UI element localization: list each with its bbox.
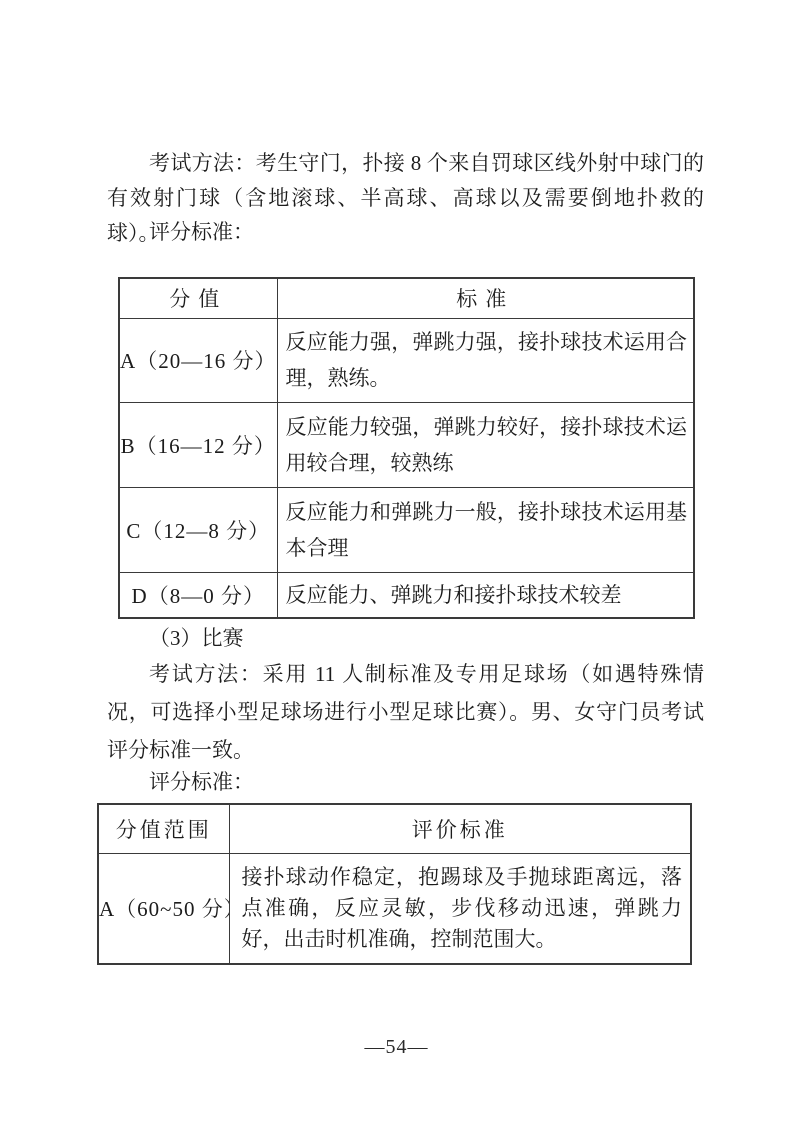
match-method-paragraph: 考试方法：采用 11 人制标准及专用足球场（如遇特殊情况，可选择小型足球场进行小…	[107, 655, 704, 769]
table-row-grade-c: C（12—8 分） 反应能力和弹跳力一般，接扑球技术运用基本合理	[119, 487, 694, 572]
grade-a-score: A（20—16 分）	[119, 318, 277, 402]
document-page: 考试方法：考生守门，扑接 8 个来自罚球区线外射中球门的有效射门球（含地滚球、半…	[0, 0, 793, 1122]
page-number: —54—	[0, 1036, 793, 1059]
evaluation-column-header: 评价标准	[229, 804, 691, 853]
grade-c-score: C（12—8 分）	[119, 487, 277, 572]
table-header-row: 分值 标准	[119, 278, 694, 318]
table-row-grade-b: B（16—12 分） 反应能力较强，弹跳力较好，接扑球技术运用较合理，较熟练	[119, 402, 694, 487]
grade-a-evaluation: 接扑球动作稳定，抱踢球及手抛球距离远，落点准确，反应灵敏，步伐移动迅速，弹跳力好…	[229, 853, 691, 964]
criteria-column-header: 标准	[277, 278, 694, 318]
table-header-row: 分值范围 评价标准	[98, 804, 691, 853]
grade-a-score-range: A（60~50 分）	[98, 853, 229, 964]
table-row-grade-d: D（8—0 分） 反应能力、弹跳力和接扑球技术较差	[119, 572, 694, 618]
goalkeeping-score-table: 分值 标准 A（20—16 分） 反应能力强，弹跳力强，接扑球技术运用合理，熟练…	[118, 277, 695, 619]
match-section-heading: （3）比赛	[107, 621, 704, 656]
table-row-grade-a: A（60~50 分） 接扑球动作稳定，抱踢球及手抛球距离远，落点准确，反应灵敏，…	[98, 853, 691, 964]
score-column-header: 分值	[119, 278, 277, 318]
grade-a-criteria: 反应能力强，弹跳力强，接扑球技术运用合理，熟练。	[277, 318, 694, 402]
grade-b-criteria: 反应能力较强，弹跳力较好，接扑球技术运用较合理，较熟练	[277, 402, 694, 487]
match-score-table: 分值范围 评价标准 A（60~50 分） 接扑球动作稳定，抱踢球及手抛球距离远，…	[97, 803, 692, 965]
grade-b-score: B（16—12 分）	[119, 402, 277, 487]
grade-d-criteria: 反应能力、弹跳力和接扑球技术较差	[277, 572, 694, 618]
grade-d-score: D（8—0 分）	[119, 572, 277, 618]
match-scoring-label: 评分标准：	[107, 765, 704, 800]
score-range-column-header: 分值范围	[98, 804, 229, 853]
table-row-grade-a: A（20—16 分） 反应能力强，弹跳力强，接扑球技术运用合理，熟练。	[119, 318, 694, 402]
grade-c-criteria: 反应能力和弹跳力一般，接扑球技术运用基本合理	[277, 487, 694, 572]
goalkeeping-scoring-label: 评分标准：	[107, 215, 704, 250]
